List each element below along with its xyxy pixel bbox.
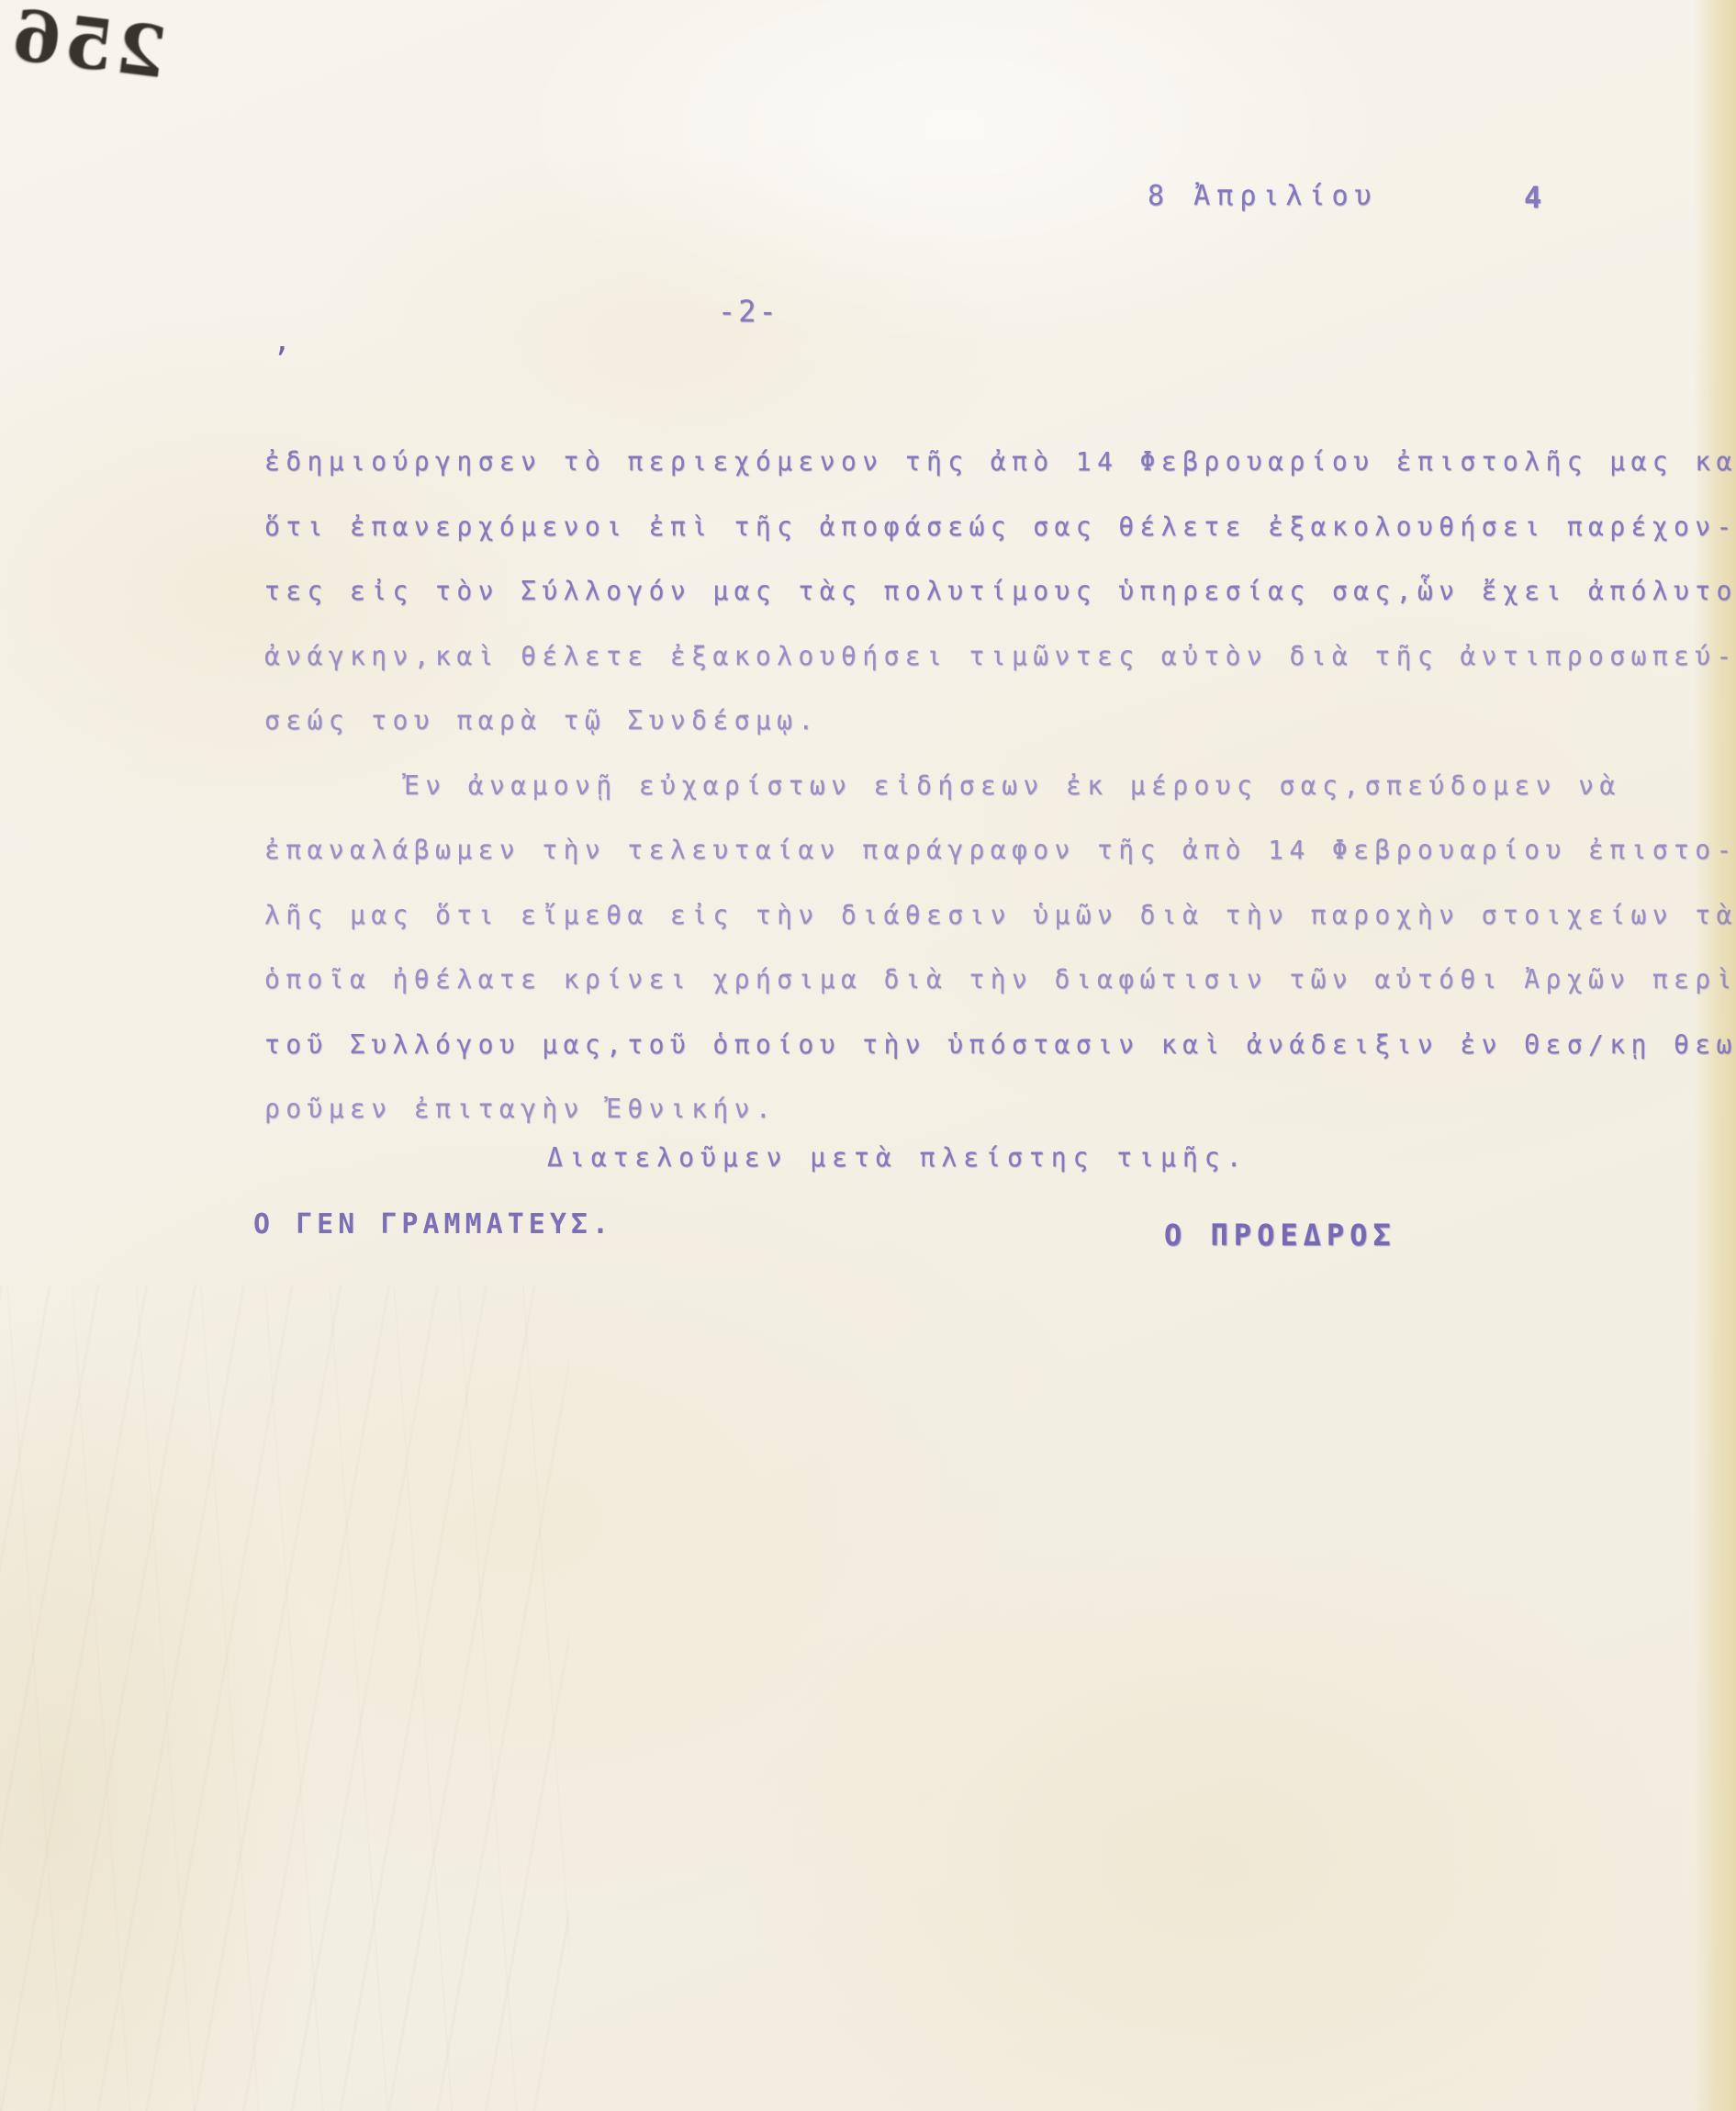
body-line: ὅτι ἐπανερχόμενοι ἐπὶ τῆς ἀποφάσεώς σας … <box>264 511 1733 577</box>
body-line: Ἐν ἀναμονῇ εὐχαρίστων εἰδήσεων ἐκ μέρους… <box>264 770 1733 836</box>
letter-page: 256 8 Ἀπριλίου 4 -2- ’ ἐδημιούργησεν τὸ … <box>0 0 1736 2111</box>
stray-ink-mark: ’ <box>272 342 290 378</box>
signature-title-president: Ο ΠΡΟΕΔΡΟΣ <box>1164 1218 1396 1252</box>
closing-salutation: Διατελοῦμεν μετὰ πλείστης τιμῆς. <box>547 1142 1248 1173</box>
page-number: -2- <box>718 294 779 329</box>
body-line: ὁποῖα ἠθέλατε κρίνει χρήσιμα διὰ τὴν δια… <box>264 964 1733 1029</box>
signature-title-secretary: Ο ΓΕΝ ΓΡΑΜΜΑΤΕΥΣ. <box>253 1208 613 1241</box>
body-line: τοῦ Συλλόγου μας,τοῦ ὁποίου τὴν ὑπόστασι… <box>264 1029 1733 1095</box>
body-line: τες εἰς τὸν Σύλλογόν μας τὰς πολυτίμους … <box>264 576 1733 641</box>
paper-wrinkle-texture <box>0 1285 569 2111</box>
date-number: 4 <box>1524 180 1543 215</box>
body-line: ἀνάγκην,καὶ θέλετε ἐξακολουθήσει τιμῶντε… <box>264 641 1733 706</box>
body-line: σεώς του παρὰ τῷ Συνδέσμῳ. <box>264 705 1733 770</box>
body-line: λῆς μας ὅτι εἴμεθα εἰς τὴν διάθεσιν ὑμῶν… <box>264 900 1733 965</box>
body-line: ἐδημιούργησεν τὸ περιεχόμενον τῆς ἀπὸ 14… <box>264 446 1733 511</box>
date-text: 8 Ἀπριλίου <box>1148 180 1378 212</box>
mirrored-page-stamp: 256 <box>6 0 170 88</box>
body-line: ἐπαναλάβωμεν τὴν τελευταίαν παράγραφον τ… <box>264 835 1733 900</box>
letter-body: ἐδημιούργησεν τὸ περιεχόμενον τῆς ἀπὸ 14… <box>264 446 1733 1159</box>
